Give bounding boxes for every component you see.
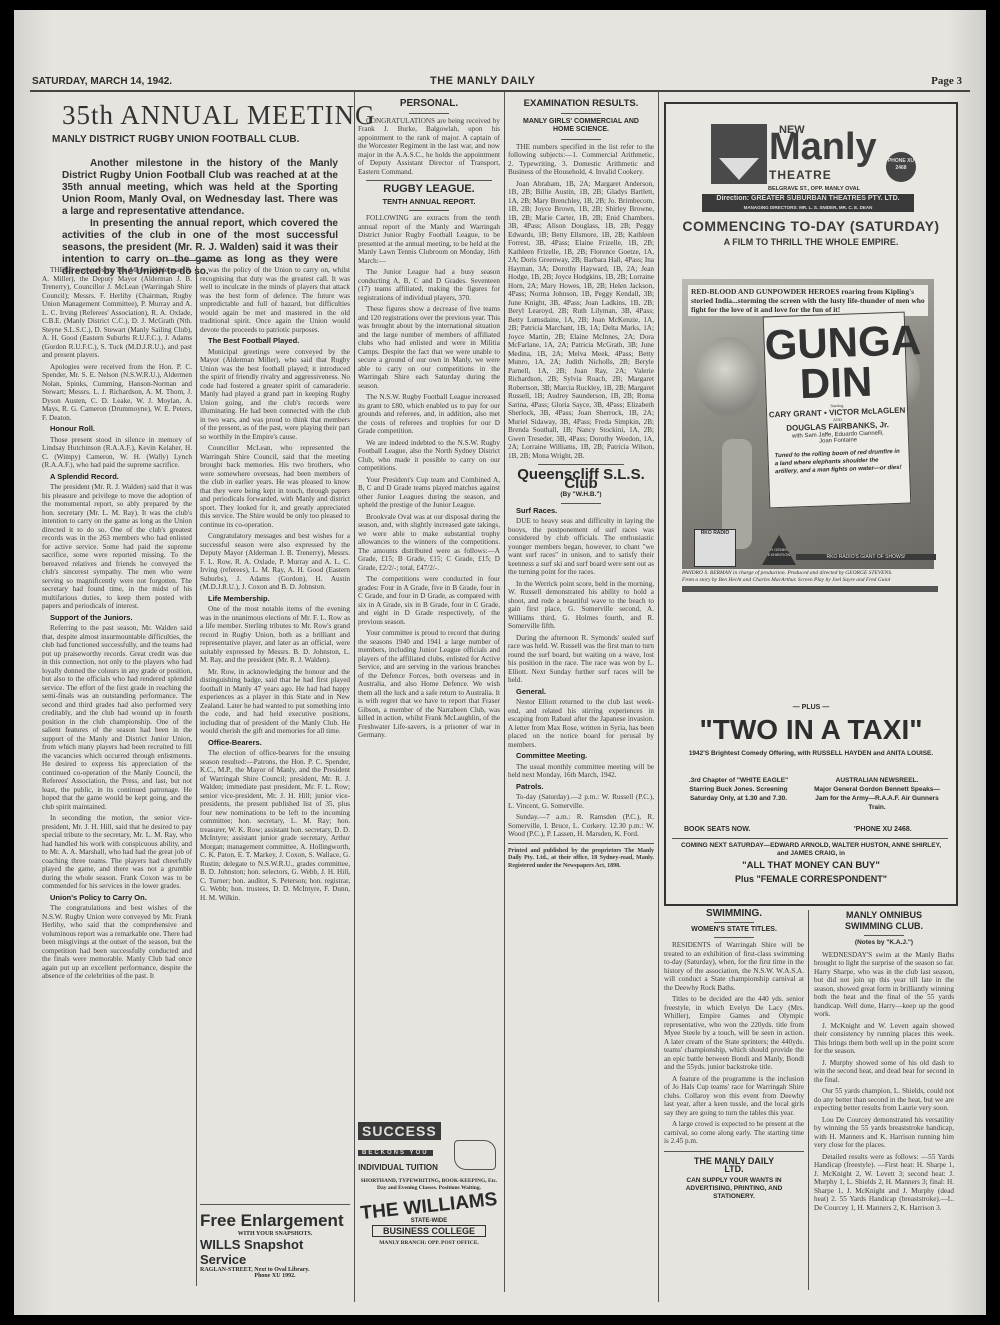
swimming-subheading: WOMEN'S STATE TITLES. xyxy=(664,926,804,935)
queenscliff-heading: Queenscliff S.L.S. Club xyxy=(508,471,654,488)
managers: MANAGING DIRECTORS: MR. L. S. SNIDER, MR… xyxy=(702,203,914,212)
section-subheading: Union's Policy to Carry On. xyxy=(50,894,192,903)
success-banner: SUCCESS xyxy=(358,1122,441,1140)
article-paragraph: The usual monthly committee meeting will… xyxy=(508,763,654,780)
divider-bar xyxy=(682,586,938,592)
logo-name: Manly xyxy=(769,128,877,166)
tuition-label: INDIVIDUAL TUITION xyxy=(358,1163,438,1172)
article-paragraph: To-day (Saturday).—2 p.m.: W. Russell (P… xyxy=(508,793,654,810)
newsreel-info: AUSTRALIAN NEWSREEL. Major General Gordo… xyxy=(812,776,942,812)
article-paragraph: Nestor Elliott returned to the club last… xyxy=(508,698,654,749)
divider xyxy=(864,935,904,936)
plus-label: — PLUS — xyxy=(666,704,956,711)
coming-feature-2: Plus "FEMALE CORRESPONDENT" xyxy=(666,874,956,884)
manly-daily-ad-line3: CAN SUPPLY YOUR WANTS IN ADVERTISING, PR… xyxy=(664,1177,804,1201)
giant-of-shows: RKO RADIO'S GIANT OF SHOWS! xyxy=(796,554,936,560)
article-paragraph: One of the most notable items of the eve… xyxy=(200,605,350,665)
article-paragraph: The president (Mr. R. J. Walden) said th… xyxy=(42,483,192,611)
issue-date: SATURDAY, MARCH 14, 1942. xyxy=(32,76,172,87)
film-credits: PANDRO S. BERMAN in charge of production… xyxy=(682,570,938,584)
section-subheading: Committee Meeting. xyxy=(516,752,654,761)
divider xyxy=(561,113,601,114)
section-subheading: Support of the Juniors. xyxy=(50,614,192,623)
personal-heading: PERSONAL. xyxy=(358,100,500,109)
article-paragraph: THERE were present The Mayor (Alderman R… xyxy=(42,266,192,360)
article-paragraph: The N.S.W. Rugby Football League increas… xyxy=(358,393,500,436)
divider xyxy=(664,1151,804,1152)
omnibus-body: WEDNESDAY'S swim at the Manly Baths brou… xyxy=(814,951,954,1213)
article-paragraph: A feature of the programme is the inclus… xyxy=(664,1075,804,1118)
article-paragraph: Your President's Cup team and Combined A… xyxy=(358,476,500,510)
theatre-logo: NEW Manly THEATRE xyxy=(711,124,901,184)
theatre-phone: 'PHONE XU 2468. xyxy=(854,826,912,833)
divider xyxy=(714,937,754,938)
ad-service: WILLS Snapshot Service xyxy=(200,1237,350,1267)
column-rule xyxy=(808,910,809,1290)
omnibus-byline: (Notes by "K.A.J.") xyxy=(814,939,954,948)
theatre-address: BELGRAVE ST., OPP. MANLY OVAL xyxy=(768,186,860,192)
column-rule xyxy=(354,92,355,1302)
queenscliff-body: Surf Races.DUE to heavy seas and difficu… xyxy=(508,507,654,839)
divider xyxy=(561,503,601,504)
free-enlargement-ad: Free Enlargement WITH YOUR SNAPSHOTS. WI… xyxy=(200,1204,350,1280)
article-paragraph: In seconding the motion, the senior vice… xyxy=(42,814,192,891)
article-paragraph: The Junior League had a busy season cond… xyxy=(358,268,500,302)
newspaper-page: SATURDAY, MARCH 14, 1942. THE MANLY DAIL… xyxy=(14,10,986,1315)
poster-copy: Tuned to the rolling boom of red drumfir… xyxy=(774,448,903,476)
swimming-body: RESIDENTS of Warringah Shire will be tre… xyxy=(664,941,804,1146)
rko-radio-logo: RKO RADIO xyxy=(694,529,736,567)
commencing-line: COMMENCING TO-DAY (SATURDAY) xyxy=(666,218,956,234)
branch: MANLY BRANCH: OPP. POST OFFICE. xyxy=(358,1240,500,1246)
article-paragraph: Municipal greetings were conveyed by the… xyxy=(200,348,350,442)
credits-line-2: From a story by Ben Hecht and Charles Ma… xyxy=(682,577,938,584)
personal-column: PERSONAL. CONGRATULATIONS are being rece… xyxy=(358,96,500,743)
actor-face-image xyxy=(696,337,760,417)
exam-results-list: Joan Abraham, 1B, 2A; Margaret Anderson,… xyxy=(508,180,654,461)
section-subheading: Patrols. xyxy=(516,783,654,792)
film-title-card: GUNGA DIN Starring CARY GRANT • VICTOR M… xyxy=(763,312,912,509)
article-paragraph: Titles to be decided are the 440 yds. se… xyxy=(664,995,804,1072)
article-paragraph: Councillor McLean, who represented the W… xyxy=(200,444,350,529)
section-subheading: Surf Races. xyxy=(516,507,654,516)
pointing-hand-icon xyxy=(454,1140,496,1170)
ad-title: Free Enlargement xyxy=(200,1211,350,1231)
rugby-union-column-1: THERE were present The Mayor (Alderman R… xyxy=(42,266,192,1286)
article-paragraph: Sunday.—7 a.m.: R. Ramsden (P.C.), R. So… xyxy=(508,813,654,839)
article-paragraph: Referring to the past season, Mr. Walden… xyxy=(42,624,192,811)
exam-heading: EXAMINATION RESULTS. xyxy=(508,100,654,109)
article-paragraph: The competitions were conducted in four … xyxy=(358,575,500,626)
supporting-cast: with Sam Jaffe, Eduardo Ciannelli, Joan … xyxy=(786,430,890,446)
queenscliff-byline: (By "W.H.B.") xyxy=(508,491,654,500)
article-paragraph: J. McKnight and W. Levett again showed t… xyxy=(814,1022,954,1056)
manly-theatre-ad: NEW Manly THEATRE PHONE XU 2468 BELGRAVE… xyxy=(664,102,958,906)
phone-badge: PHONE XU 2468 xyxy=(886,152,916,182)
article-paragraph: Those present stood in silence in memory… xyxy=(42,436,192,470)
college-name: BUSINESS COLLEGE xyxy=(372,1225,486,1237)
coming-next: COMING NEXT SATURDAY—EDWARD ARNOLD, WALT… xyxy=(676,842,946,858)
second-feature-title: "TWO IN A TAXI" xyxy=(666,714,956,746)
williams-college-ad: SUCCESS BECKONS YOU INDIVIDUAL TUITION S… xyxy=(358,1122,500,1282)
coming-feature-1: "ALL THAT MONEY CAN BUY" xyxy=(666,860,956,871)
article-paragraph: RESIDENTS of Warringah Shire will be tre… xyxy=(664,941,804,992)
article-paragraph: Detailed results were as follows: —55 Ya… xyxy=(814,1153,954,1213)
section-subheading: Office-Bearers. xyxy=(208,739,350,748)
exam-results-column: EXAMINATION RESULTS. MANLY GIRLS' COMMER… xyxy=(508,96,654,870)
article-paragraph: During the afternoon R. Symonds' sealed … xyxy=(508,634,654,685)
article-paragraph: was the policy of the Union to carry on,… xyxy=(200,266,350,334)
article-paragraph: The congratulations and best wishes of t… xyxy=(42,904,192,981)
rugby-league-heading: RUGBY LEAGUE. xyxy=(358,185,500,194)
lead-paragraph: Another milestone in the history of the … xyxy=(62,158,338,218)
divider xyxy=(508,843,654,844)
rugby-union-headline: 35th ANNUAL MEETING xyxy=(62,100,375,131)
manly-daily-ad-line2: LTD. xyxy=(664,1165,804,1174)
logo-theatre: THEATRE xyxy=(769,168,832,182)
divider xyxy=(672,838,948,839)
logo-m-mark xyxy=(711,124,767,184)
column-rule xyxy=(658,92,659,1302)
divider xyxy=(714,922,754,923)
article-paragraph: Lou De Courcey demonstrated his versatil… xyxy=(814,1116,954,1150)
swimming-column: SWIMMING. WOMEN'S STATE TITLES. RESIDENT… xyxy=(664,908,804,1201)
article-paragraph: Congratulatory messages and best wishes … xyxy=(200,532,350,592)
column-rule xyxy=(504,92,505,1292)
divider xyxy=(366,180,492,181)
article-paragraph: FOLLOWING are extracts from the tenth an… xyxy=(358,214,500,265)
article-paragraph: Mr. Row, in acknowledging the honour and… xyxy=(200,668,350,736)
page-number: Page 3 xyxy=(931,75,962,87)
section-subheading: The Best Football Played. xyxy=(208,337,350,346)
article-paragraph: WEDNESDAY'S swim at the Manly Baths brou… xyxy=(814,951,954,1019)
section-subheading: Life Membership. xyxy=(208,595,350,604)
article-paragraph: The election of office-bearers for the e… xyxy=(200,749,350,902)
paper-name: THE MANLY DAILY xyxy=(430,75,536,87)
direction: Direction: GREATER SUBURBAN THEATRES PTY… xyxy=(702,194,914,203)
beckons-banner: BECKONS YOU xyxy=(358,1150,433,1156)
serial-info: .3rd Chapter of "WHITE EAGLE" Starring B… xyxy=(676,776,801,803)
article-paragraph: Brookvale Oval was at our disposal durin… xyxy=(358,513,500,573)
article-paragraph: DUE to heavy seas and difficulty in layi… xyxy=(508,517,654,577)
general-exhibition-badge: FOR GENERAL EXHIBITION xyxy=(762,535,796,565)
divider xyxy=(561,139,601,140)
section-subheading: A Splendid Record. xyxy=(50,473,192,482)
rugby-league-subheading: TENTH ANNUAL REPORT. xyxy=(358,198,500,207)
swimming-heading: SWIMMING. xyxy=(664,910,804,919)
divider xyxy=(409,210,449,211)
column-rule xyxy=(196,266,197,1286)
article-paragraph: In the Werrick point score, held in the … xyxy=(508,580,654,631)
article-paragraph: Apologies were received from the Hon. P.… xyxy=(42,363,192,423)
credits-line-1: PANDRO S. BERMAN in charge of production… xyxy=(682,570,938,577)
rugby-union-column-2: was the policy of the Union to carry on,… xyxy=(200,266,350,1096)
second-feature-desc: 1942'S Brightest Comedy Offering, with R… xyxy=(678,750,944,758)
imprint: Printed and published by the proprietors… xyxy=(508,848,654,871)
article-paragraph: Your committee is proud to record that d… xyxy=(358,629,500,740)
newsreel-desc: Major General Gordon Bennett Speaks—Jam … xyxy=(812,785,942,812)
direction-bar: Direction: GREATER SUBURBAN THEATRES PTY… xyxy=(702,194,914,212)
divider xyxy=(538,464,624,465)
tagline: A FILM TO THRILL THE WHOLE EMPIRE. xyxy=(666,237,956,247)
book-seats: BOOK SEATS NOW. xyxy=(684,826,750,833)
newsreel-title: AUSTRALIAN NEWSREEL. xyxy=(812,776,942,785)
article-paragraph: We are indeed indebted to the N.S.W. Rug… xyxy=(358,439,500,473)
omnibus-heading: MANLY OMNIBUS SWIMMING CLUB. xyxy=(824,910,944,932)
masthead: SATURDAY, MARCH 14, 1942. THE MANLY DAIL… xyxy=(30,74,970,92)
exam-subheading: MANLY GIRLS' COMMERCIAL AND HOME SCIENCE… xyxy=(518,118,644,135)
section-subheading: General. xyxy=(516,688,654,697)
article-paragraph: A large crowd is expected to be present … xyxy=(664,1120,804,1146)
article-paragraph: Our 55 yards champion, L. Shields, could… xyxy=(814,1087,954,1113)
ad-phone: Phone XU 1992. xyxy=(200,1273,350,1279)
omnibus-column: MANLY OMNIBUS SWIMMING CLUB. (Notes by "… xyxy=(814,908,954,1215)
personal-text: CONGRATULATIONS are being received by Fr… xyxy=(358,117,500,177)
article-paragraph: J. Murphy showed some of his old dash to… xyxy=(814,1059,954,1085)
rugby-union-subheadline: MANLY DISTRICT RUGBY UNION FOOTBALL CLUB… xyxy=(52,134,299,145)
divider xyxy=(409,113,449,114)
article-paragraph: These figures show a decrease of five te… xyxy=(358,305,500,390)
rugby-league-body: FOLLOWING are extracts from the tenth an… xyxy=(358,214,500,740)
section-subheading: Honour Roll. xyxy=(50,425,192,434)
divider xyxy=(166,260,222,261)
exam-intro: THE numbers specified in the list refer … xyxy=(508,143,654,177)
